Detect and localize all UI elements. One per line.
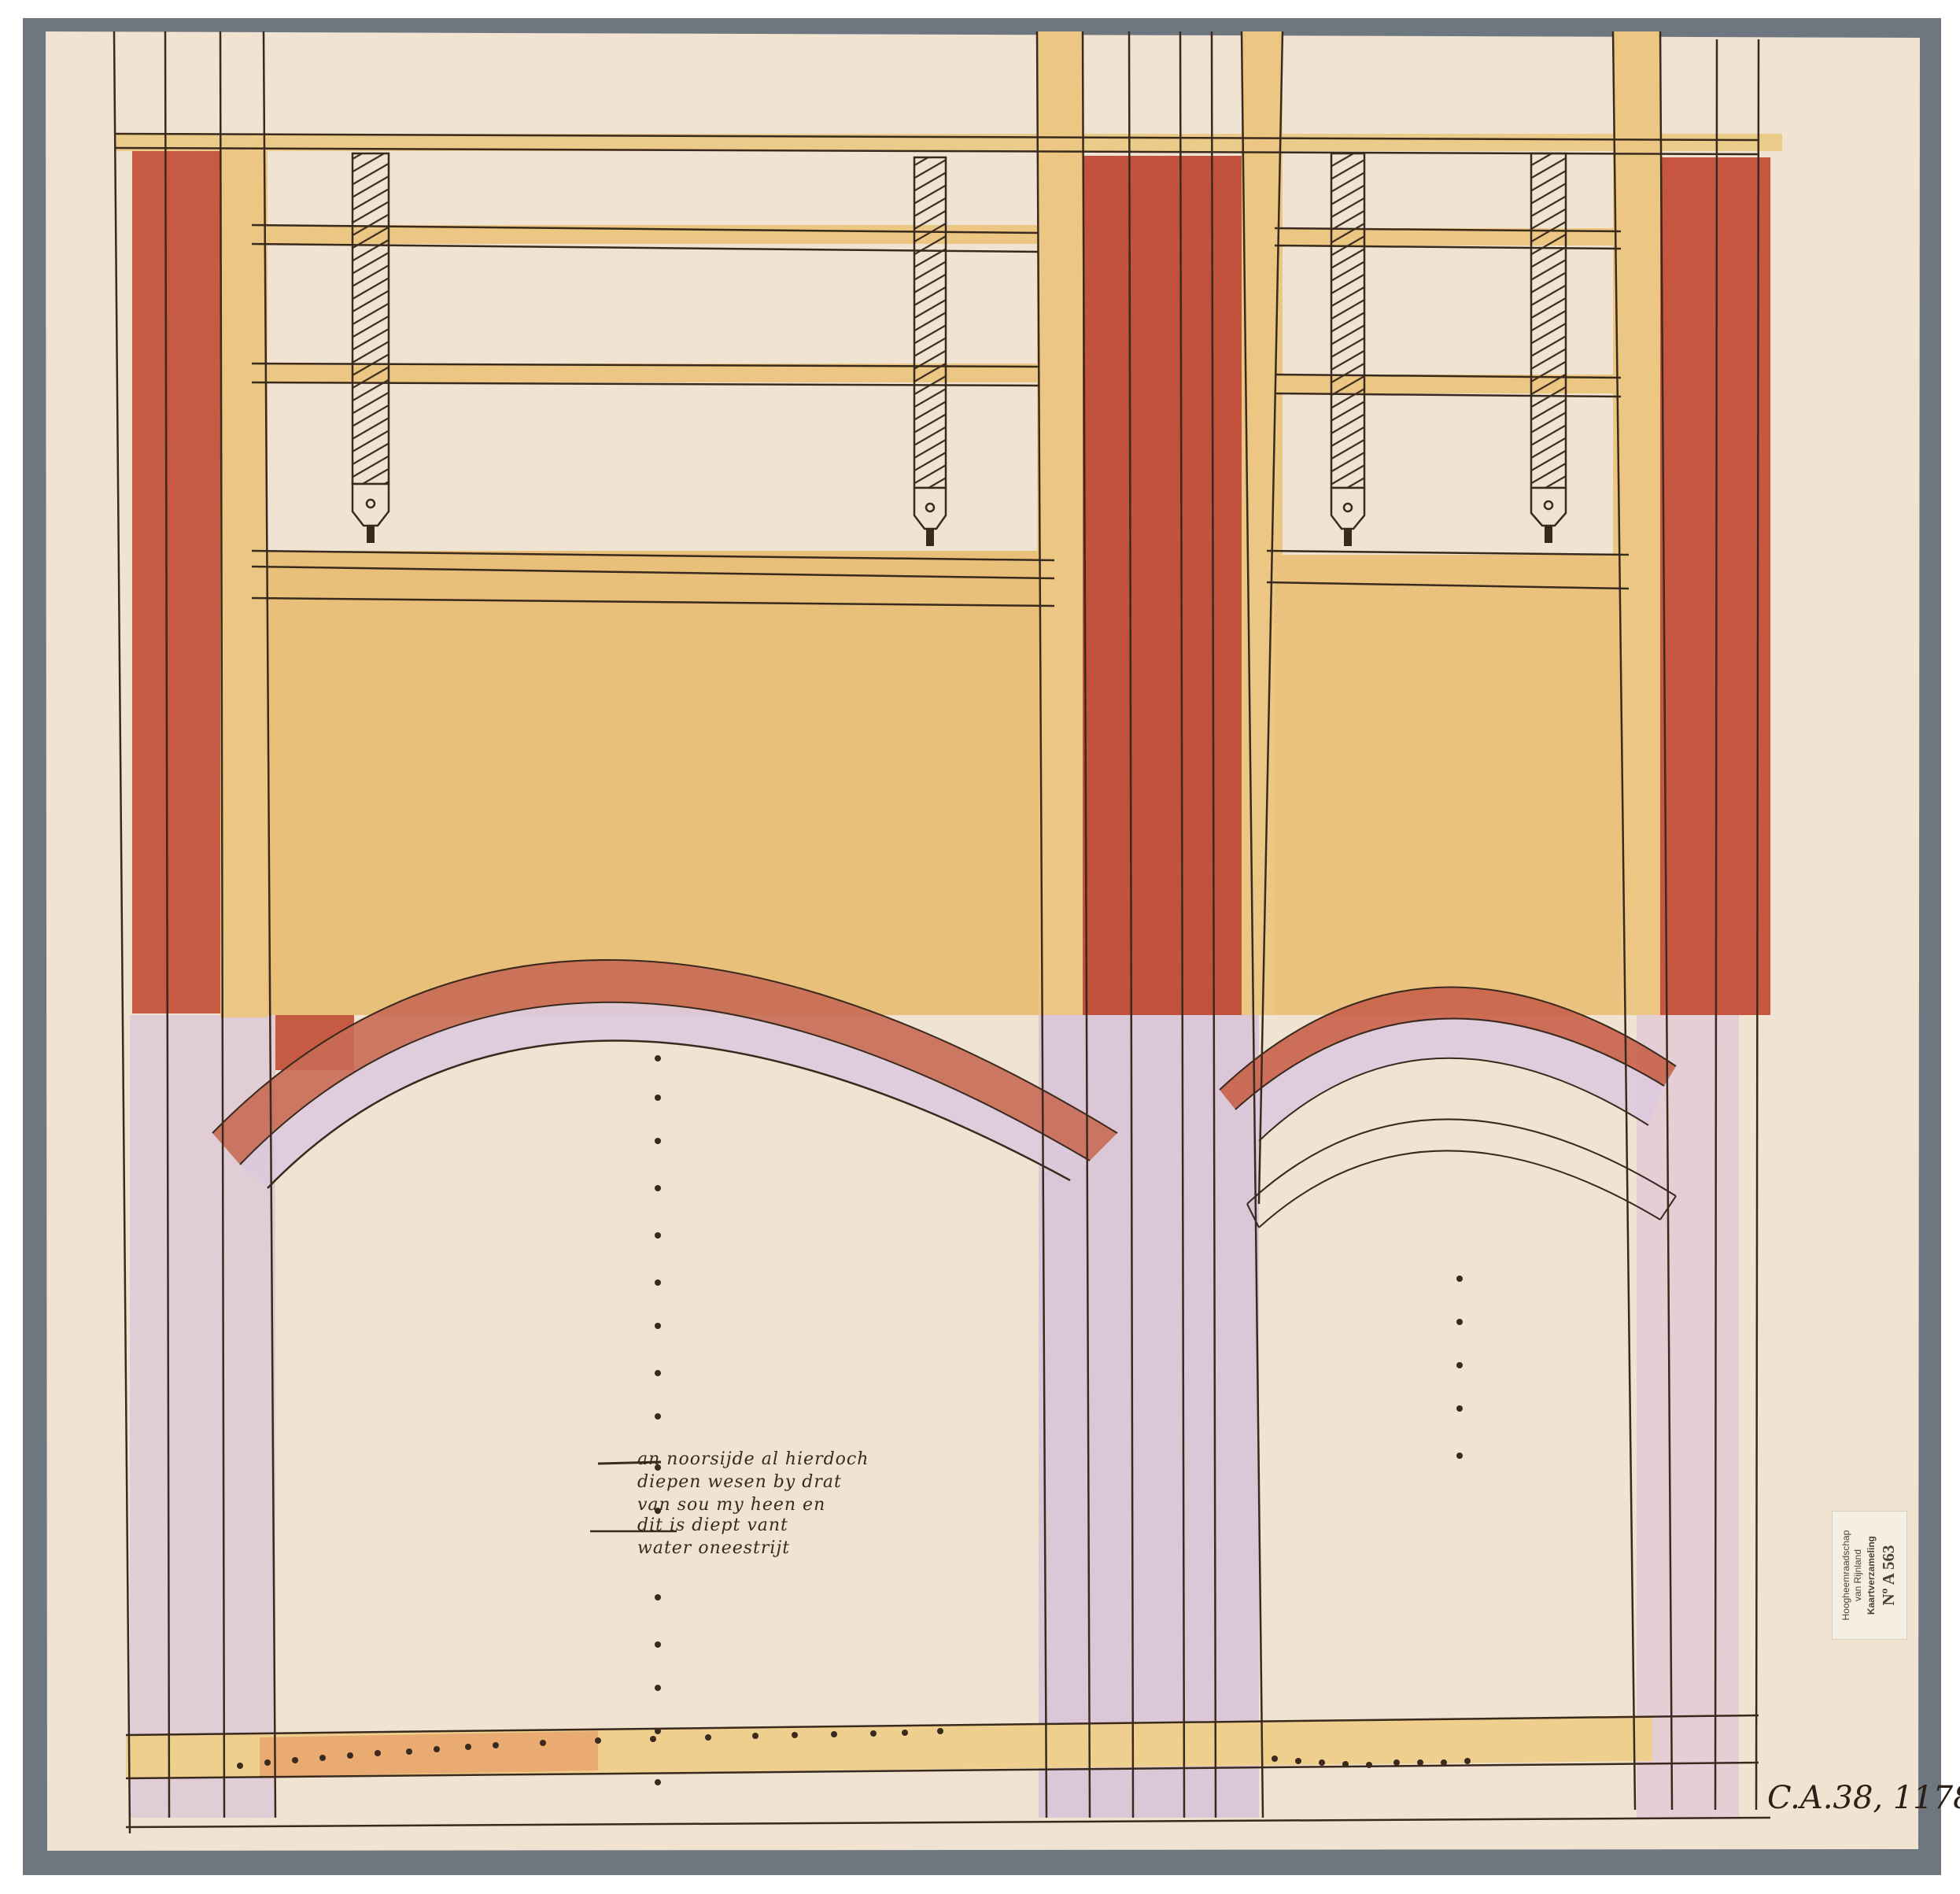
handwritten-note-lower: dit is diept vant water oneestrijt [637, 1514, 790, 1560]
catalog-mark: C.A.38, 1178. [1767, 1780, 1960, 1816]
ochre-post-left [220, 148, 268, 1017]
lower-wall-right [1637, 1015, 1739, 1818]
archive-label-line-1: Hoogheemraadschap [1840, 1512, 1852, 1639]
note-upper-line-2: diepen wesen by drat [637, 1471, 869, 1493]
ochre-post-center-left [1037, 31, 1083, 1015]
archive-label: Hoogheemraadschap van Rijnland Kaartverz… [1832, 1511, 1907, 1640]
gate-post-2 [914, 157, 946, 546]
gate-post-1 [353, 153, 389, 543]
note-lower-line-2: water oneestrijt [637, 1537, 790, 1560]
drawing-sheet [0, 0, 1960, 1894]
archive-label-line-2: van Rijnland [1852, 1512, 1864, 1639]
center-pier-red [1083, 156, 1242, 1015]
handwritten-note-upper: an noorsijde al hierdoch diepen wesen by… [637, 1448, 869, 1516]
gate-post-4 [1531, 153, 1566, 543]
bottom-sill-orange [260, 1731, 598, 1777]
gate-leaf-left [268, 551, 1039, 1015]
note-upper-line-1: an noorsijde al hierdoch [637, 1448, 869, 1471]
gate-leaf-right [1275, 555, 1621, 1015]
note-lower-line-1: dit is diept vant [637, 1514, 790, 1537]
gate-post-3 [1331, 153, 1364, 546]
note-upper-line-3: van sou my heen en [637, 1493, 869, 1516]
left-pier-red [132, 148, 220, 1013]
archive-label-line-3: Kaartverzameling [1864, 1512, 1878, 1639]
archive-label-number: Nº A 563 [1878, 1512, 1899, 1639]
